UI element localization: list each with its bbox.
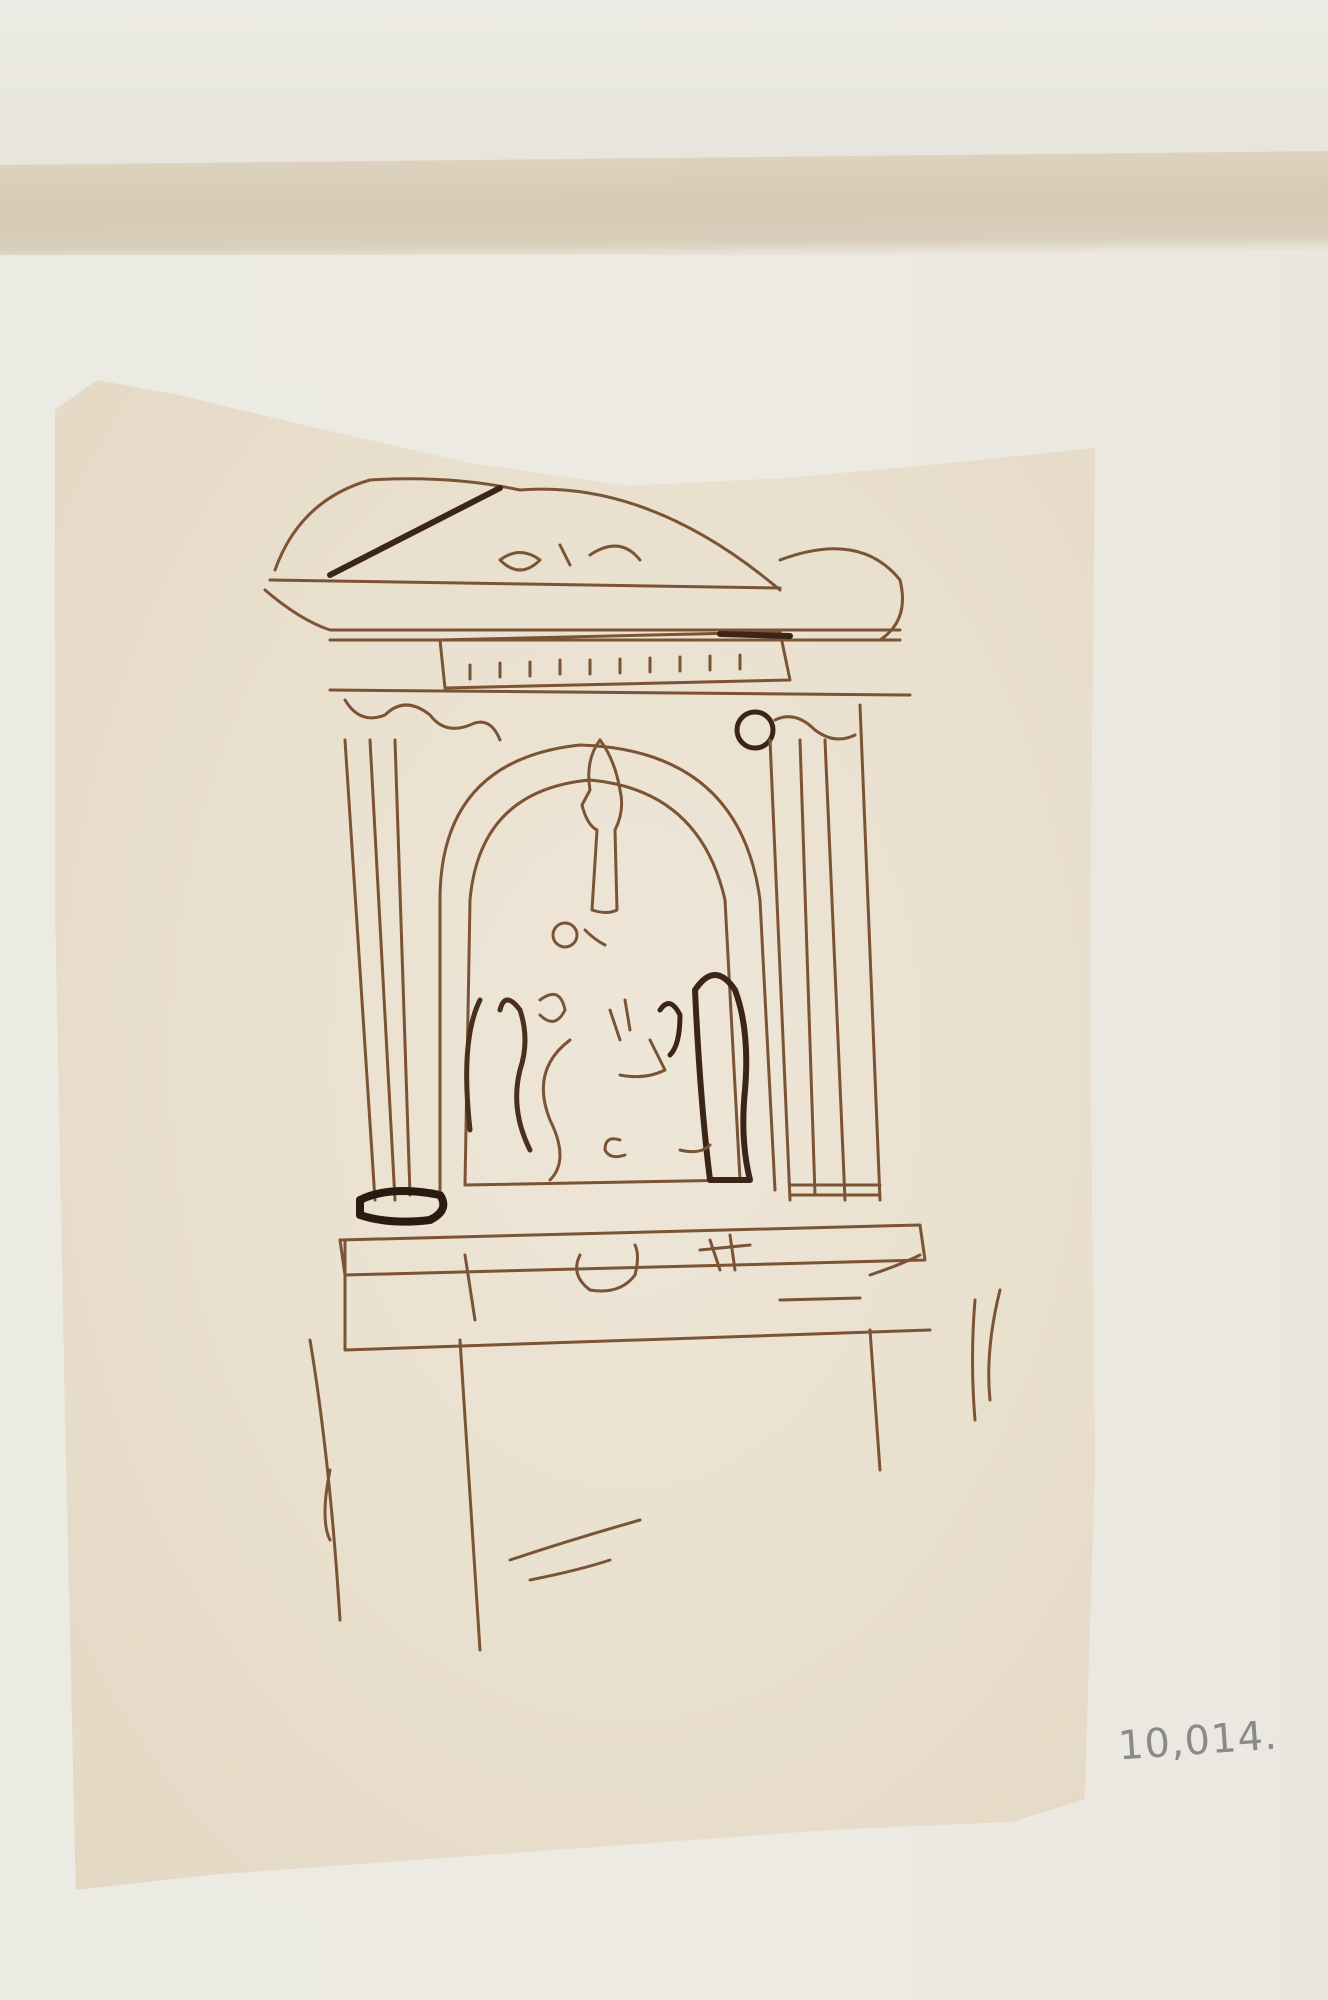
arched-niche bbox=[440, 745, 775, 1190]
figures bbox=[467, 740, 750, 1180]
altar-table bbox=[310, 1225, 1000, 1650]
columns bbox=[345, 700, 880, 1222]
pediment bbox=[265, 479, 903, 640]
altar-sketch bbox=[0, 0, 1328, 2000]
